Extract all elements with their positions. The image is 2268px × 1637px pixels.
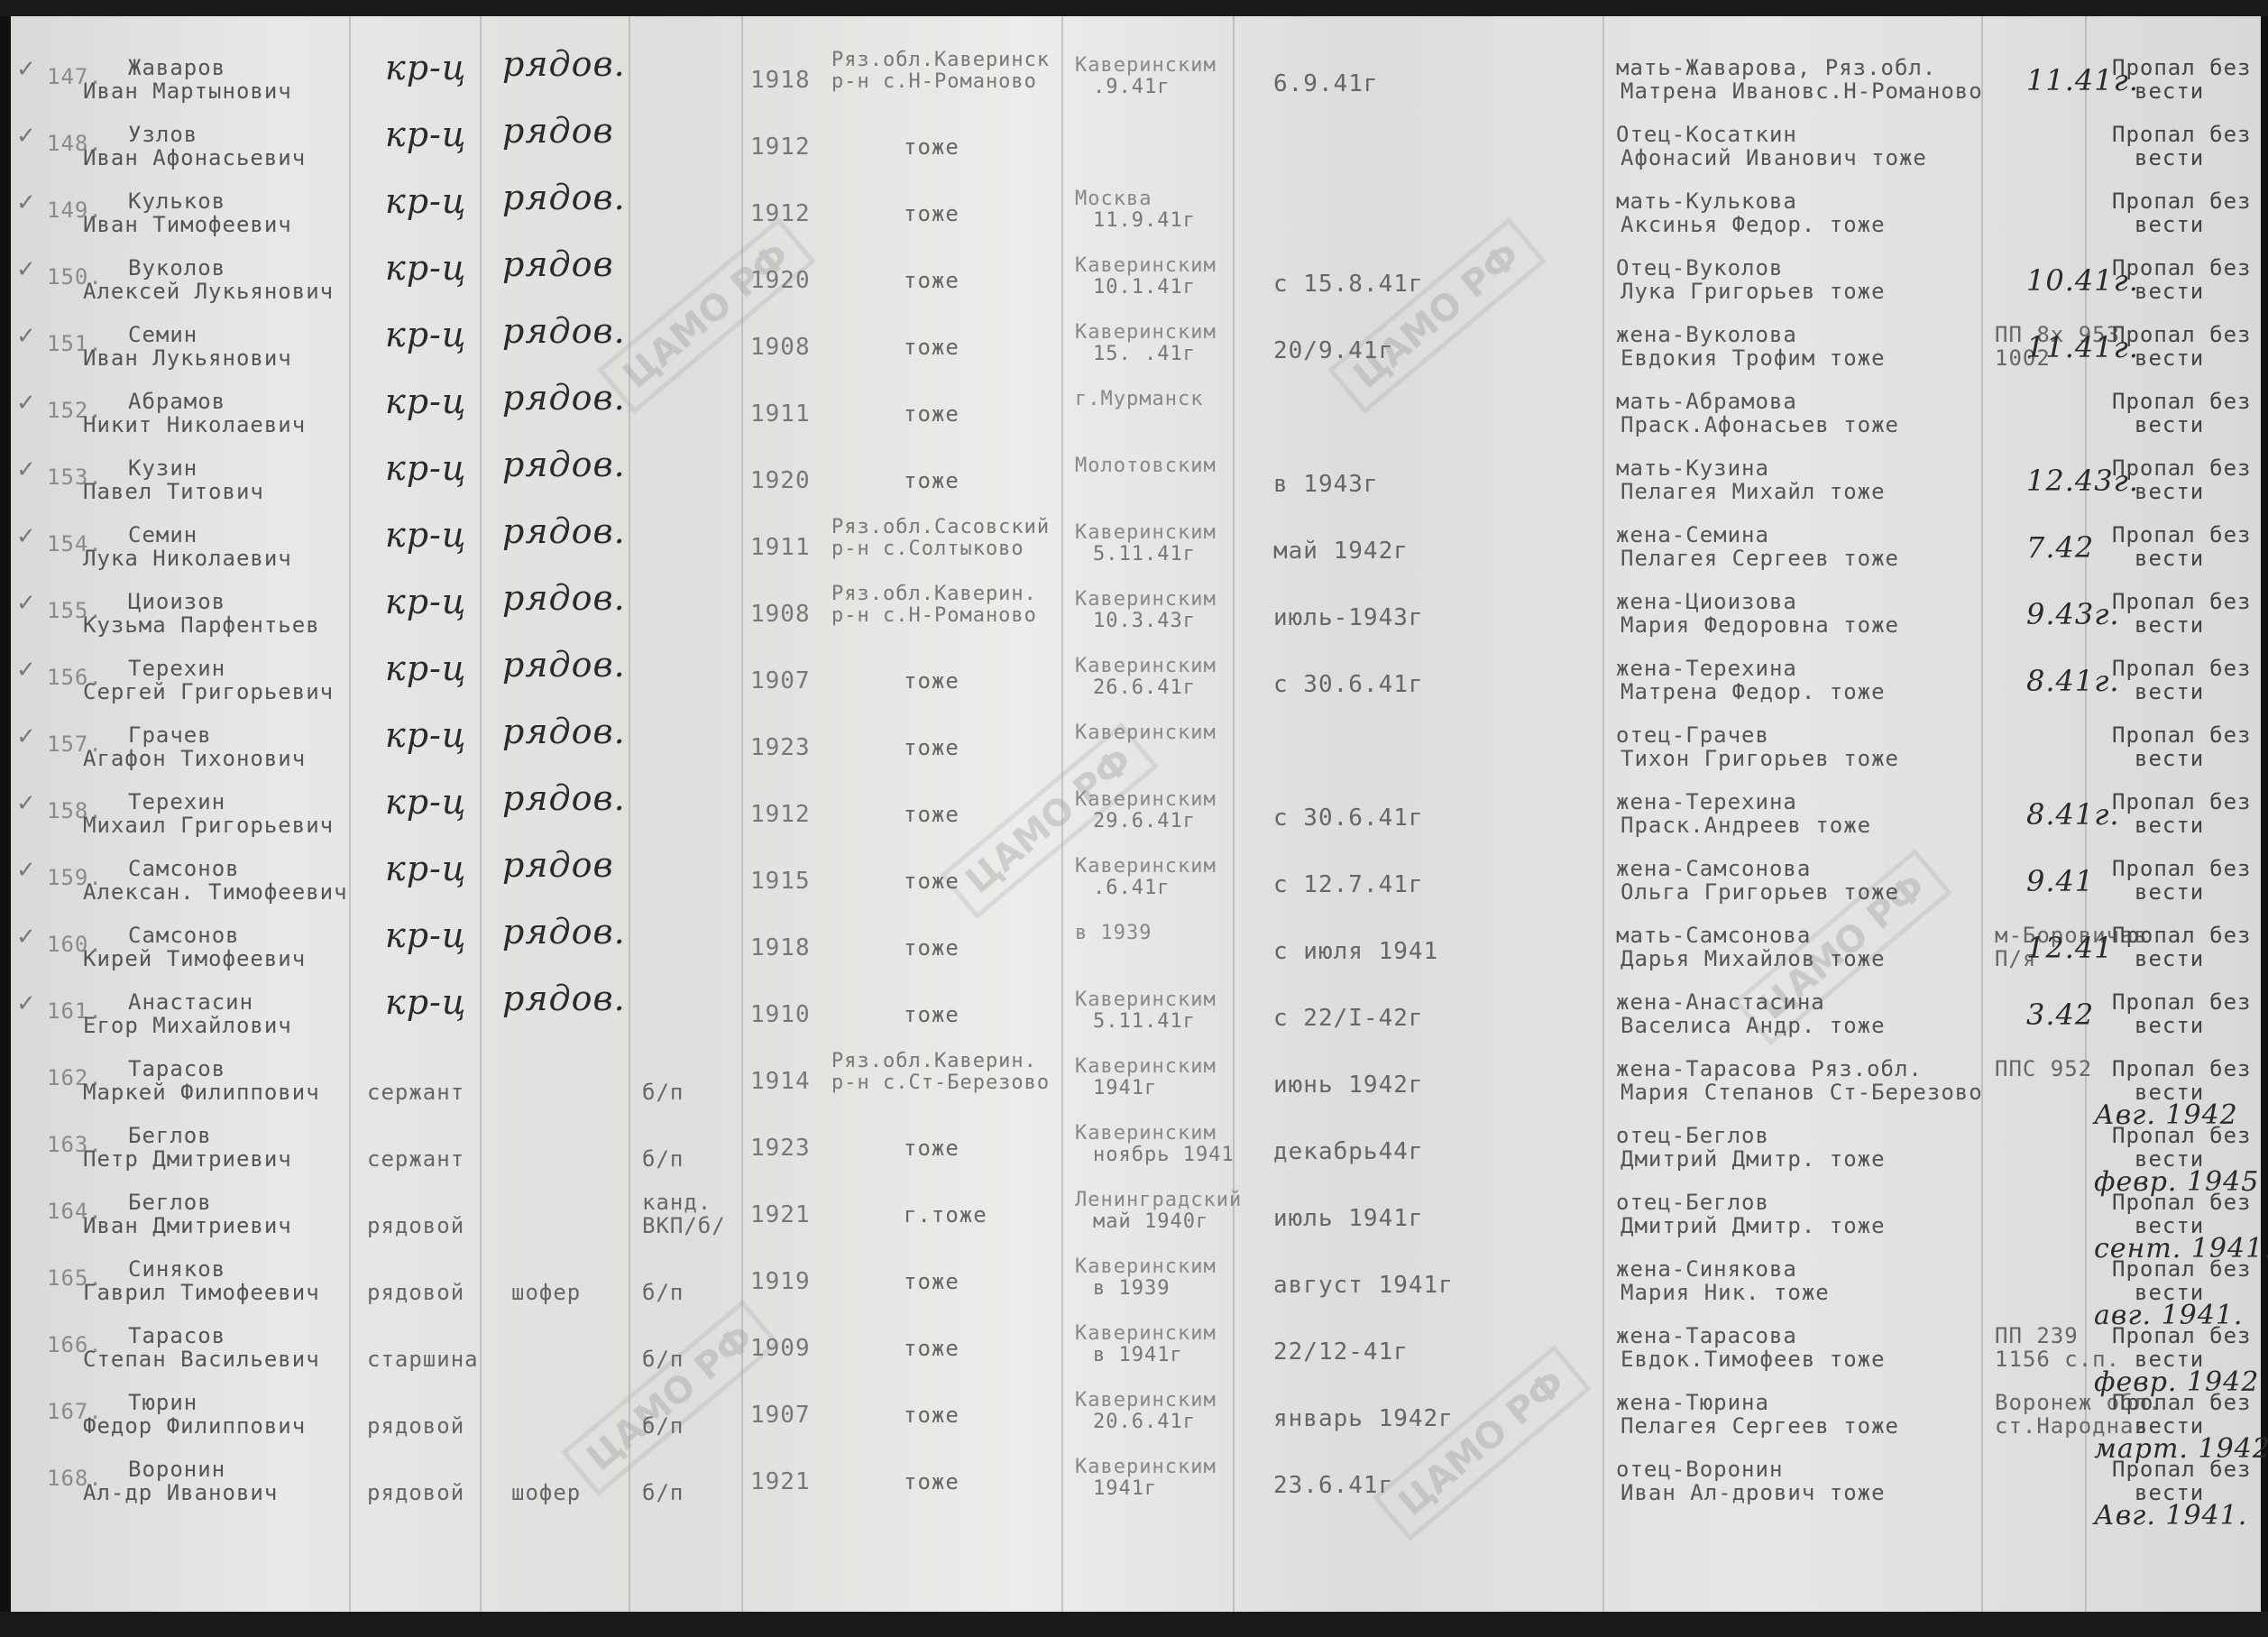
relative-line-2: Иван Ал-дрович тоже: [1621, 1481, 1886, 1504]
table-row: ✓155.ЦиоизовКузьма Парфентьевкр-црядов.1…: [11, 586, 2261, 657]
no-news-since: с 15.8.41г: [1273, 272, 1424, 296]
birth-year: 1908: [750, 602, 811, 626]
birth-year: 1921: [750, 1470, 811, 1494]
birth-year: 1908: [750, 336, 811, 359]
no-news-since: 20/9.41г: [1273, 339, 1393, 363]
rank-handwritten-2: рядов: [502, 853, 614, 877]
rank-handwritten: кр-ц: [385, 857, 466, 880]
birthplace-line-2: р-н с.Ст-Березово: [831, 1071, 1050, 1095]
rank-handwritten: кр-ц: [385, 723, 466, 747]
draft-office-line-1: Каверинским: [1075, 655, 1217, 678]
status-line-1: Пропал без: [2112, 189, 2252, 213]
draft-office-line-2: ноябрь 1941: [1093, 1144, 1235, 1167]
same-as-above: тоже: [904, 1270, 960, 1293]
register-sheet: ЦАМО РФ ЦАМО РФ ЦАМО РФ ЦАМО РФ ЦАМО РФ …: [11, 16, 2261, 1613]
handwritten-date: 12.41: [2026, 936, 2114, 960]
status-line-1: Пропал без: [2112, 56, 2252, 79]
status-line-1: Пропал без: [2112, 924, 2252, 947]
relative-line-1: жена-Самсонова: [1616, 857, 1811, 880]
no-news-since: май 1942г: [1273, 539, 1409, 563]
relative-line-2: Дарья Михайлов тоже: [1621, 947, 1886, 970]
soldier-given-names: Ал-др Иванович: [83, 1481, 278, 1504]
draft-office-line-2: май 1940г: [1093, 1210, 1208, 1234]
rank-handwritten: кр-ц: [385, 256, 466, 280]
birth-year: 1921: [750, 1203, 811, 1227]
rank-handwritten-2: рядов.: [502, 987, 626, 1010]
same-as-above: тоже: [904, 869, 960, 893]
no-news-since: январь 1942г: [1273, 1407, 1454, 1430]
status-line-1: Пропал без: [2112, 456, 2252, 480]
birth-year: 1923: [750, 1136, 811, 1160]
birth-year: 1923: [750, 736, 811, 759]
draft-office-line-1: Каверинским: [1075, 989, 1217, 1012]
birthplace-line-1: Ряз.обл.Каверинск: [831, 49, 1050, 72]
status-line-1: Пропал без: [2112, 790, 2252, 814]
status-line-1: Пропал без: [2112, 390, 2252, 413]
soldier-surname: Вуколов: [128, 256, 225, 280]
party-membership: б/п: [642, 1414, 684, 1438]
draft-office-line-1: в 1939: [1075, 922, 1152, 945]
relative-line-1: жена-Циоизова: [1616, 590, 1797, 613]
no-news-since: август 1941г: [1273, 1274, 1454, 1297]
status-line-2: вести: [2135, 747, 2204, 770]
relative-line-1: жена-Синякова: [1616, 1257, 1797, 1281]
status-line-1: Пропал без: [2112, 990, 2252, 1014]
status-line-1: Пропал без: [2112, 723, 2252, 747]
rank-handwritten: кр-ц: [385, 323, 466, 346]
handwritten-date: 3.42: [2026, 1003, 2094, 1026]
draft-office-line-1: Молотовским: [1075, 455, 1217, 478]
birthplace-line-1: Ряз.обл.Каверин.: [831, 1050, 1037, 1073]
relative-line-2: Пелагея Михайл тоже: [1621, 480, 1886, 503]
status-line-1: Пропал без: [2112, 323, 2252, 346]
rank-typed: рядовой: [367, 1214, 464, 1237]
birth-year: 1919: [750, 1270, 811, 1293]
rank-handwritten: кр-ц: [385, 56, 466, 79]
birth-year: 1920: [750, 269, 811, 292]
relative-line-2: Мария Степанов Ст-Березово: [1621, 1081, 1983, 1104]
rank-typed: сержант: [367, 1147, 464, 1171]
draft-office-line-1: Каверинским: [1075, 1456, 1217, 1479]
rank-typed: рядовой: [367, 1281, 464, 1304]
rank-handwritten-2: рядов.: [502, 52, 626, 76]
relative-line-1: отец-Грачев: [1616, 723, 1769, 747]
draft-office-line-2: 5.11.41г: [1093, 543, 1196, 566]
same-as-above: тоже: [904, 1470, 960, 1494]
rank-handwritten-2: рядов.: [502, 520, 626, 543]
row-check-mark: ✓: [16, 258, 37, 281]
status-line-2: вести: [2135, 280, 2204, 303]
draft-office-line-2: 1941г: [1093, 1477, 1157, 1501]
birth-year: 1920: [750, 469, 811, 492]
soldier-surname: Тюрин: [128, 1391, 197, 1414]
relative-line-1: жена-Тарасова Ряз.обл.: [1616, 1057, 1923, 1081]
party-membership: б/п: [642, 1081, 684, 1104]
row-check-mark: ✓: [16, 792, 37, 815]
rank-typed: рядовой: [367, 1414, 464, 1438]
table-row: ✓151.СеминИван Лукьяновичкр-црядов.1908т…: [11, 319, 2261, 390]
rank-handwritten-2: рядов.: [502, 586, 626, 610]
rank-typed: сержант: [367, 1081, 464, 1104]
rank-handwritten-2: рядов.: [502, 186, 626, 209]
soldier-given-names: Иван Лукьянович: [83, 346, 292, 370]
relative-line-1: жена-Тюрина: [1616, 1391, 1769, 1414]
status-line-1: Пропал без: [2112, 1324, 2252, 1347]
row-check-mark: ✓: [16, 592, 37, 615]
soldier-surname: Циоизов: [128, 590, 225, 613]
draft-office-line-2: 29.6.41г: [1093, 810, 1196, 833]
same-as-above: тоже: [904, 202, 960, 225]
no-news-since: июнь 1942г: [1273, 1073, 1424, 1097]
row-check-mark: ✓: [16, 191, 37, 215]
relative-line-1: жена-Терехина: [1616, 657, 1797, 680]
relative-line-1: мать-Самсонова: [1616, 924, 1811, 947]
rank-typed: рядовой: [367, 1481, 464, 1504]
soldier-surname: Семин: [128, 523, 197, 547]
status-line-1: Пропал без: [2112, 1458, 2252, 1481]
draft-office-line-1: Каверинским: [1075, 722, 1217, 745]
status-line-1: Пропал без: [2112, 1057, 2252, 1081]
relative-line-1: жена-Семина: [1616, 523, 1769, 547]
draft-office-line-2: в 1941г: [1093, 1344, 1183, 1367]
relative-line-1: мать-Кузина: [1616, 456, 1769, 480]
soldier-surname: Тарасов: [128, 1324, 225, 1347]
status-line-2: вести: [2135, 146, 2204, 170]
birth-year: 1918: [750, 936, 811, 960]
same-as-above: тоже: [904, 469, 960, 492]
specialty: шофер: [511, 1281, 581, 1304]
birthplace-line-2: р-н с.Н-Романово: [831, 70, 1037, 94]
party-membership: б/п: [642, 1147, 684, 1171]
status-line-2: вести: [2135, 1014, 2204, 1037]
table-row: ✓160.СамсоновКирей Тимофеевичкр-црядов.1…: [11, 920, 2261, 990]
soldier-given-names: Петр Дмитриевич: [83, 1147, 292, 1171]
soldier-surname: Самсонов: [128, 924, 240, 947]
table-row: ✓161.АнастасинЕгор Михайловичкр-црядов.1…: [11, 987, 2261, 1057]
status-line-1: Пропал без: [2112, 1191, 2252, 1214]
same-as-above: тоже: [904, 336, 960, 359]
relative-line-2: Мария Ник. тоже: [1621, 1281, 1830, 1304]
relative-line-2: Пелагея Сергеев тоже: [1621, 1414, 1899, 1438]
rank-handwritten: кр-ц: [385, 990, 466, 1014]
row-check-mark: ✓: [16, 925, 37, 949]
soldier-given-names: Иван Тимофеевич: [83, 213, 292, 236]
relative-line-2: Матрена Федор. тоже: [1621, 680, 1886, 704]
status-line-2: вести: [2135, 880, 2204, 904]
row-check-mark: ✓: [16, 391, 37, 415]
rank-handwritten-2: рядов.: [502, 786, 626, 810]
table-row: ✓150.ВуколовАлексей Лукьяновичкр-црядов1…: [11, 253, 2261, 323]
table-row: ✓154.СеминЛука Николаевичкр-црядов.1911Р…: [11, 520, 2261, 590]
same-as-above: тоже: [904, 402, 960, 426]
draft-office-line-2: 11.9.41г: [1093, 209, 1196, 233]
table-row: ✓149.КульковИван Тимофеевичкр-црядов.191…: [11, 186, 2261, 256]
row-check-mark: ✓: [16, 525, 37, 548]
row-check-mark: ✓: [16, 124, 37, 148]
draft-office-line-2: 1941г: [1093, 1077, 1157, 1100]
soldier-surname: Жаваров: [128, 56, 225, 79]
party-membership: б/п: [642, 1481, 684, 1504]
draft-office-line-1: Каверинским: [1075, 54, 1217, 78]
draft-office-line-1: Москва: [1075, 188, 1152, 211]
relative-line-2: Пелагея Сергеев тоже: [1621, 547, 1899, 570]
soldier-surname: Синяков: [128, 1257, 225, 1281]
draft-office-line-2: 5.11.41г: [1093, 1010, 1196, 1034]
relative-line-1: жена-Тарасова: [1616, 1324, 1797, 1347]
status-line-2: вести: [2135, 480, 2204, 503]
relative-line-1: жена-Анастасина: [1616, 990, 1825, 1014]
table-row: 164.БегловИван Дмитриевичрядовойканд.ВКП…: [11, 1187, 2261, 1257]
draft-office-line-1: Каверинским: [1075, 1389, 1217, 1412]
row-check-mark: ✓: [16, 658, 37, 682]
soldier-given-names: Иван Мартынович: [83, 79, 292, 103]
status-line-1: Пропал без: [2112, 123, 2252, 146]
relative-line-2: Дмитрий Дмитр. тоже: [1621, 1147, 1886, 1171]
relative-line-2: Матрена Ивановс.Н-Романово: [1621, 79, 1983, 103]
rank-handwritten-2: рядов.: [502, 386, 626, 409]
soldier-surname: Воронин: [128, 1458, 225, 1481]
no-news-since: 6.9.41г: [1273, 72, 1379, 96]
soldier-given-names: Гаврил Тимофеевич: [83, 1281, 320, 1304]
soldier-given-names: Кузьма Парфентьев: [83, 613, 320, 637]
soldier-surname: Самсонов: [128, 857, 240, 880]
no-news-since: с 22/I-42г: [1273, 1007, 1424, 1030]
soldier-given-names: Алексей Лукьянович: [83, 280, 334, 303]
soldier-surname: Кузин: [128, 456, 197, 480]
relative-line-2: Васелиса Андр. тоже: [1621, 1014, 1886, 1037]
draft-office-line-2: 10.3.43г: [1093, 610, 1196, 633]
draft-office-line-1: Ленинградский: [1075, 1189, 1242, 1212]
draft-office-line-2: 20.6.41г: [1093, 1411, 1196, 1434]
unit-line-1: ПП 239: [1995, 1324, 2079, 1347]
relative-line-2: Лука Григорьев тоже: [1621, 280, 1886, 303]
handwritten-date: 8.41г.: [2026, 803, 2120, 826]
draft-office-line-2: в 1939: [1093, 1277, 1170, 1301]
handwritten-date: 9.43г.: [2026, 602, 2120, 626]
relative-line-2: Тихон Григорьев тоже: [1621, 747, 1899, 770]
same-as-above: тоже: [904, 803, 960, 826]
scan-top-edge: [0, 0, 2268, 16]
specialty: шофер: [511, 1481, 581, 1504]
same-as-above: тоже: [904, 736, 960, 759]
birthplace-line-1: Ряз.обл.Каверин.: [831, 583, 1037, 606]
rank-typed: старшина: [367, 1347, 479, 1371]
relative-line-1: мать-Абрамова: [1616, 390, 1797, 413]
status-handwritten-date: Авг. 1941.: [2094, 1504, 2247, 1528]
soldier-given-names: Иван Дмитриевич: [83, 1214, 292, 1237]
soldier-given-names: Егор Михайлович: [83, 1014, 292, 1037]
row-check-mark: ✓: [16, 992, 37, 1016]
scan-bottom-edge: [0, 1612, 2268, 1637]
no-news-since: с 30.6.41г: [1273, 806, 1424, 830]
soldier-given-names: Федор Филиппович: [83, 1414, 306, 1438]
no-news-since: 22/12-41г: [1273, 1340, 1409, 1364]
rank-handwritten-2: рядов.: [502, 319, 626, 343]
rank-handwritten: кр-ц: [385, 523, 466, 547]
table-row: ✓158.ТерехинМихаил Григорьевичкр-црядов.…: [11, 786, 2261, 857]
rank-handwritten: кр-ц: [385, 189, 466, 213]
soldier-surname: Анастасин: [128, 990, 253, 1014]
table-row: ✓157.ГрачевАгафон Тихоновичкр-црядов.192…: [11, 720, 2261, 790]
table-row: 163.БегловПетр Дмитриевичсержантб/п1923т…: [11, 1120, 2261, 1191]
table-row: ✓159.СамсоновАлексан. Тимофеевичкр-црядо…: [11, 853, 2261, 924]
relative-line-1: отец-Беглов: [1616, 1124, 1769, 1147]
birth-year: 1911: [750, 536, 811, 559]
status-line-2: вести: [2135, 680, 2204, 704]
soldier-surname: Беглов: [128, 1124, 212, 1147]
no-news-since: 23.6.41г: [1273, 1474, 1393, 1497]
same-as-above: тоже: [904, 1337, 960, 1360]
soldier-surname: Беглов: [128, 1191, 212, 1214]
draft-office-line-1: Каверинским: [1075, 521, 1217, 545]
same-as-above: тоже: [904, 1136, 960, 1160]
status-line-1: Пропал без: [2112, 523, 2252, 547]
soldier-surname: Абрамов: [128, 390, 225, 413]
status-line-2: вести: [2135, 213, 2204, 236]
relative-line-1: Отец-Вуколов: [1616, 256, 1783, 280]
table-row: 162.ТарасовМаркей Филипповичсержантб/п19…: [11, 1053, 2261, 1124]
rank-handwritten-2: рядов: [502, 253, 614, 276]
no-news-since: декабрь44г: [1273, 1140, 1424, 1163]
table-row: 168.ВоронинАл-др Ивановичрядовойшоферб/п…: [11, 1454, 2261, 1524]
draft-office-line-1: Каверинским: [1075, 1055, 1217, 1079]
same-as-above: тоже: [904, 269, 960, 292]
birth-year: 1912: [750, 803, 811, 826]
relative-line-1: жена-Терехина: [1616, 790, 1797, 814]
party-note: канд.: [642, 1191, 712, 1214]
birth-year: 1918: [750, 69, 811, 92]
rank-handwritten: кр-ц: [385, 123, 466, 146]
status-line-1: Пропал без: [2112, 1124, 2252, 1147]
draft-office-line-1: Каверинским: [1075, 321, 1217, 345]
status-line-1: Пропал без: [2112, 590, 2252, 613]
soldier-given-names: Лука Николаевич: [83, 547, 292, 570]
status-line-2: вести: [2135, 346, 2204, 370]
relative-line-1: мать-Жаварова, Ряз.обл.: [1616, 56, 1936, 79]
relative-line-1: отец-Воронин: [1616, 1458, 1783, 1481]
same-as-above: г.тоже: [904, 1203, 987, 1227]
row-check-mark: ✓: [16, 725, 37, 749]
no-news-since: июль 1941г: [1273, 1207, 1424, 1230]
draft-office-line-1: Каверинским: [1075, 254, 1217, 278]
soldier-given-names: Павел Титович: [83, 480, 264, 503]
birthplace-line-1: Ряз.обл.Сасовский: [831, 516, 1050, 539]
table-row: ✓153.КузинПавел Титовичкр-црядов.1920тож…: [11, 453, 2261, 523]
soldier-given-names: Маркей Филиппович: [83, 1081, 320, 1104]
draft-office-line-2: 26.6.41г: [1093, 676, 1196, 700]
draft-office-line-1: Каверинским: [1075, 1122, 1217, 1145]
soldier-given-names: Кирей Тимофеевич: [83, 947, 306, 970]
soldier-surname: Узлов: [128, 123, 197, 146]
table-row: ✓147.ЖаваровИван Мартыновичкр-црядов.191…: [11, 52, 2261, 123]
status-line-2: вести: [2135, 413, 2204, 437]
party-membership: б/п: [642, 1347, 684, 1371]
soldier-given-names: Никит Николаевич: [83, 413, 306, 437]
party-membership: б/п: [642, 1281, 684, 1304]
draft-office-line-2: 15. .41г: [1093, 343, 1196, 366]
birth-year: 1911: [750, 402, 811, 426]
draft-office-line-1: Каверинским: [1075, 588, 1217, 612]
table-row: 165.СиняковГаврил Тимофеевичрядовойшофер…: [11, 1254, 2261, 1324]
soldier-given-names: Алексан. Тимофеевич: [83, 880, 348, 904]
birth-year: 1912: [750, 202, 811, 225]
same-as-above: тоже: [904, 135, 960, 159]
relative-line-1: жена-Вуколова: [1616, 323, 1797, 346]
soldier-surname: Терехин: [128, 657, 225, 680]
relative-line-1: мать-Кулькова: [1616, 189, 1797, 213]
status-line-2: вести: [2135, 814, 2204, 837]
same-as-above: тоже: [904, 936, 960, 960]
draft-office-line-1: Каверинским: [1075, 855, 1217, 878]
relative-line-2: Праск.Андреев тоже: [1621, 814, 1871, 837]
draft-office-line-2: .6.41г: [1093, 877, 1170, 900]
soldier-given-names: Степан Васильевич: [83, 1347, 320, 1371]
row-check-mark: ✓: [16, 859, 37, 882]
rank-handwritten-2: рядов.: [502, 453, 626, 476]
same-as-above: тоже: [904, 1003, 960, 1026]
same-as-above: тоже: [904, 1403, 960, 1427]
table-row: 167.ТюринФедор Филипповичрядовойб/п1907т…: [11, 1387, 2261, 1458]
draft-office-line-1: Каверинским: [1075, 1322, 1217, 1346]
draft-office-line-2: 10.1.41г: [1093, 276, 1196, 299]
relative-line-1: отец-Беглов: [1616, 1191, 1769, 1214]
soldier-surname: Кульков: [128, 189, 225, 213]
soldier-surname: Тарасов: [128, 1057, 225, 1081]
relative-line-2: Дмитрий Дмитр. тоже: [1621, 1214, 1886, 1237]
row-check-mark: ✓: [16, 325, 37, 348]
rank-handwritten-2: рядов.: [502, 920, 626, 943]
table-row: 166.ТарасовСтепан Васильевичстаршинаб/п1…: [11, 1320, 2261, 1391]
soldier-surname: Терехин: [128, 790, 225, 814]
soldier-surname: Семин: [128, 323, 197, 346]
rank-handwritten: кр-ц: [385, 657, 466, 680]
birth-year: 1915: [750, 869, 811, 893]
status-line-2: вести: [2135, 947, 2204, 970]
soldier-surname: Грачев: [128, 723, 212, 747]
status-line-1: Пропал без: [2112, 657, 2252, 680]
status-line-2: вести: [2135, 547, 2204, 570]
no-news-since: с 30.6.41г: [1273, 673, 1424, 696]
rank-handwritten: кр-ц: [385, 924, 466, 947]
rank-handwritten: кр-ц: [385, 790, 466, 814]
rank-handwritten-2: рядов.: [502, 720, 626, 743]
soldier-given-names: Агафон Тихонович: [83, 747, 306, 770]
draft-office-line-1: г.Мурманск: [1075, 388, 1203, 411]
handwritten-date: 8.41г.: [2026, 669, 2120, 693]
status-line-1: Пропал без: [2112, 1257, 2252, 1281]
table-row: ✓148.УзловИван Афонасьевичкр-црядов1912т…: [11, 119, 2261, 189]
handwritten-date: 7.42: [2026, 536, 2094, 559]
soldier-given-names: Сергей Григорьевич: [83, 680, 334, 704]
rank-handwritten-2: рядов.: [502, 653, 626, 676]
row-check-mark: ✓: [16, 58, 37, 81]
party-membership: ВКП/б/: [642, 1214, 726, 1237]
birth-year: 1912: [750, 135, 811, 159]
draft-office-line-1: Каверинским: [1075, 1255, 1217, 1279]
no-news-since: в 1943г: [1273, 473, 1379, 496]
birth-year: 1909: [750, 1337, 811, 1360]
birth-year: 1914: [750, 1070, 811, 1093]
relative-line-2: Евдок.Тимофеев тоже: [1621, 1347, 1886, 1371]
no-news-since: июль-1943г: [1273, 606, 1424, 630]
no-news-since: с 12.7.41г: [1273, 873, 1424, 897]
draft-office-line-1: Каверинским: [1075, 788, 1217, 812]
soldier-given-names: Михаил Григорьевич: [83, 814, 334, 837]
relative-line-2: Мария Федоровна тоже: [1621, 613, 1899, 637]
status-line-1: Пропал без: [2112, 256, 2252, 280]
status-line-1: Пропал без: [2112, 857, 2252, 880]
rank-handwritten-2: рядов: [502, 119, 614, 143]
